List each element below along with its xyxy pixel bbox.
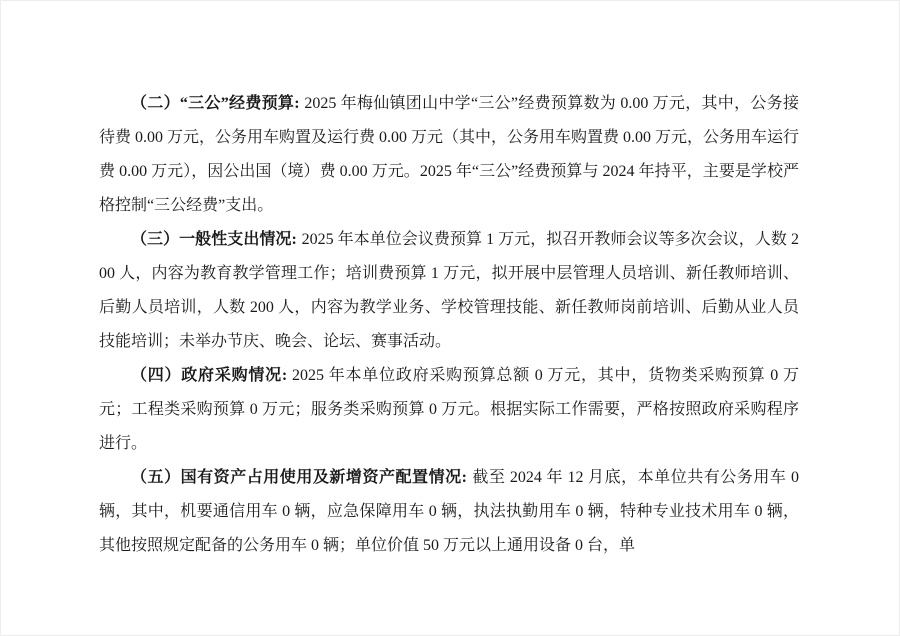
paragraph-heading: （四）政府采购情况: bbox=[131, 367, 287, 384]
paragraph-heading: （五）国有资产占用使用及新增资产配置情况: bbox=[131, 469, 467, 486]
document-text-block: （二）“三公”经费预算:2025 年梅仙镇团山中学“三公”经费预算数为 0.00… bbox=[99, 87, 799, 563]
paragraph-heading: （三）一般性支出情况: bbox=[131, 231, 297, 248]
paragraph-state-assets: （五）国有资产占用使用及新增资产配置情况:截至 2024 年 12 月底，本单位… bbox=[99, 461, 799, 563]
paragraph-heading: （二）“三公”经费预算: bbox=[131, 95, 300, 112]
document-page: （二）“三公”经费预算:2025 年梅仙镇团山中学“三公”经费预算数为 0.00… bbox=[0, 0, 900, 636]
paragraph-body: 2025 年梅仙镇团山中学“三公”经费预算数为 0.00 万元，其中，公务接待费… bbox=[99, 95, 799, 214]
paragraph-body: 2025 年本单位会议费预算 1 万元，拟召开教师会议等多次会议，人数 200 … bbox=[99, 231, 799, 350]
paragraph-general-expenditure: （三）一般性支出情况:2025 年本单位会议费预算 1 万元，拟召开教师会议等多… bbox=[99, 223, 799, 359]
paragraph-sangong-budget: （二）“三公”经费预算:2025 年梅仙镇团山中学“三公”经费预算数为 0.00… bbox=[99, 87, 799, 223]
paragraph-government-procurement: （四）政府采购情况:2025 年本单位政府采购预算总额 0 万元，其中，货物类采… bbox=[99, 359, 799, 461]
